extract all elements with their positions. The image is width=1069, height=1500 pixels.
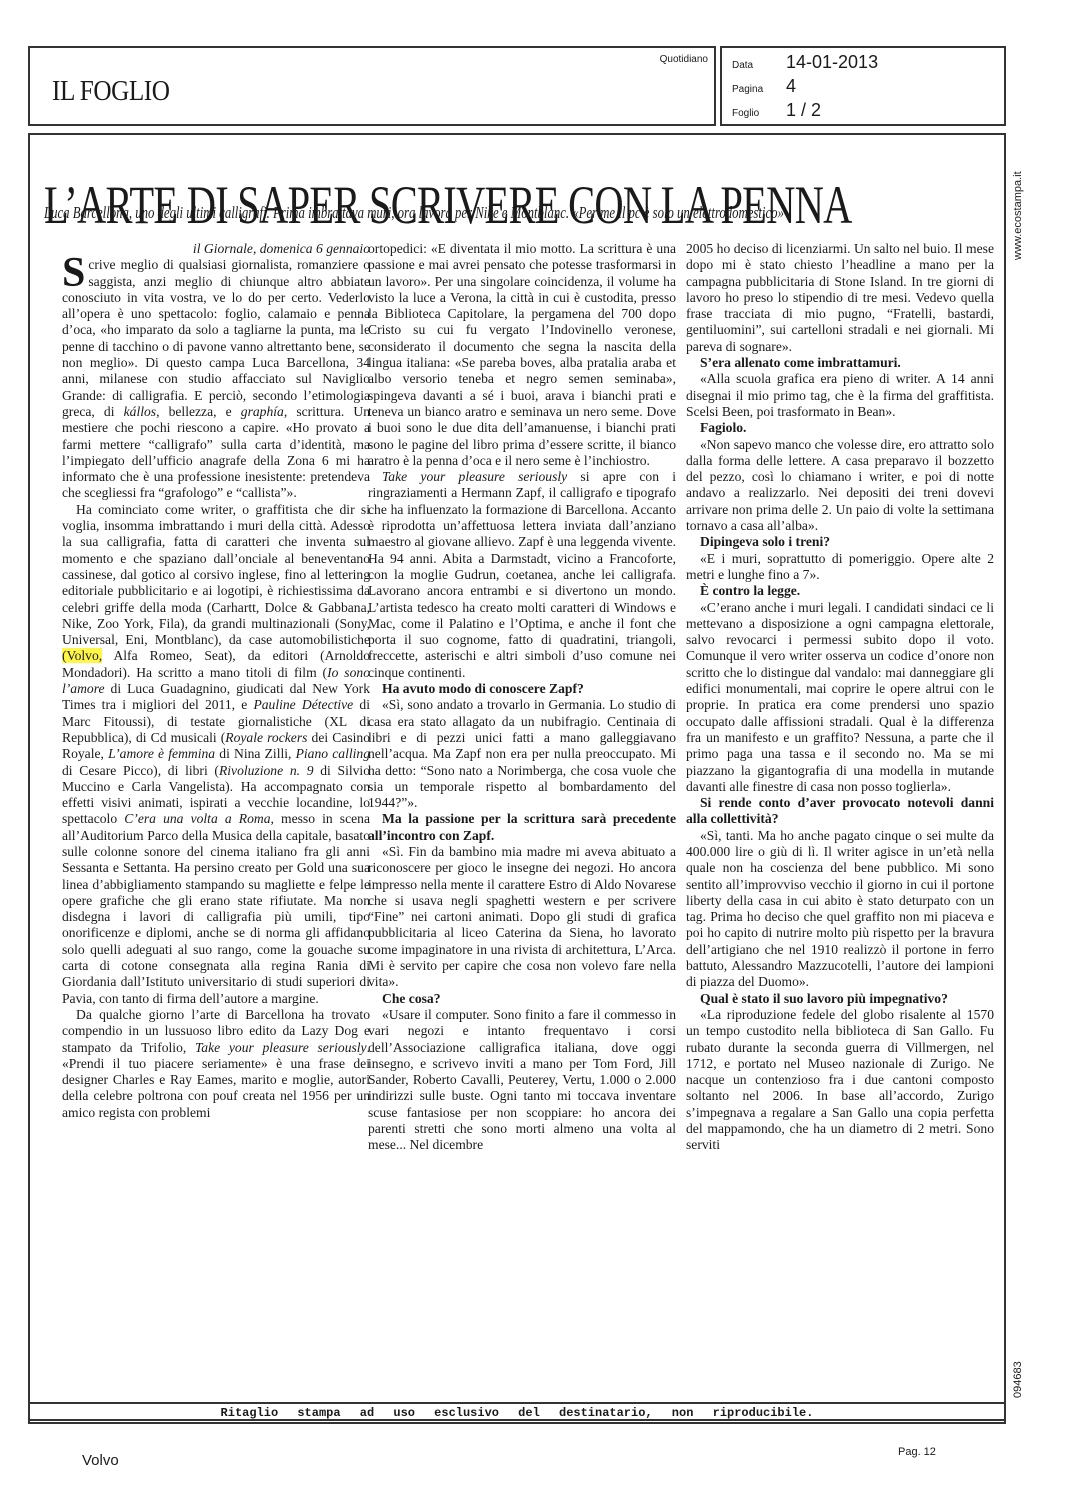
copyright-notice: Ritaglio stampa ad uso esclusivo del des… xyxy=(28,1402,1006,1424)
publication-type: Quotidiano xyxy=(660,54,708,65)
paragraph: Ha cominciato come writer, o graffitista… xyxy=(62,502,370,1007)
source-line: il Giornale, domenica 6 gennaio xyxy=(62,241,370,257)
vertical-url-label: www.ecostampa.it xyxy=(1012,171,1024,260)
interview-answer: «Alla scuola grafica era pieno di writer… xyxy=(686,371,994,420)
paragraph: Scrive meglio di qualsiasi giornalista, … xyxy=(62,257,370,501)
interview-question: Si rende conto d’aver provocato notevoli… xyxy=(686,795,994,828)
meta-label: Data xyxy=(732,60,786,71)
interview-answer: «Sì, sono andato a trovarlo in Germania.… xyxy=(368,697,676,811)
article-deck: Luca Barcellona, uno degli ultimi callig… xyxy=(44,203,989,223)
header-meta-box: Data 14-01-2013 Pagina 4 Foglio 1 / 2 xyxy=(720,46,1006,126)
interview-question: Ma la passione per la scrittura sarà pre… xyxy=(368,811,676,844)
paragraph: 2005 ho deciso di licenziarmi. Un salto … xyxy=(686,241,994,355)
meta-sheet: Foglio 1 / 2 xyxy=(732,100,821,121)
interview-question: Ha avuto modo di conoscere Zapf? xyxy=(368,681,676,697)
interview-question: Che cosa? xyxy=(368,991,676,1007)
interview-question: Fagiolo. xyxy=(686,420,994,436)
highlighted-keyword: (Volvo, xyxy=(62,648,102,663)
header-masthead-box: IL FOGLIO Quotidiano xyxy=(28,46,716,126)
article-frame: L’ARTE DI SAPER SCRIVERE CON LA PENNA Lu… xyxy=(28,133,1006,1421)
drop-cap: S xyxy=(62,257,88,289)
meta-page: Pagina 4 xyxy=(732,76,796,97)
paragraph: ortopedici: «E diventata il mio motto. L… xyxy=(368,241,676,469)
interview-answer: «La riproduzione fedele del globo risale… xyxy=(686,1007,994,1154)
paragraph: Da qualche giorno l’arte di Barcellona h… xyxy=(62,1007,370,1121)
interview-answer: «Non sapevo manco che volesse dire, ero … xyxy=(686,437,994,535)
article-column-3: 2005 ho deciso di licenziarmi. Un salto … xyxy=(686,241,994,1154)
masthead-title: IL FOGLIO xyxy=(52,76,170,108)
interview-question: È contro la legge. xyxy=(686,583,994,599)
footer-page-number: Pag. 12 xyxy=(898,1446,936,1458)
article-column-2: ortopedici: «E diventata il mio motto. L… xyxy=(368,241,676,1154)
meta-value: 1 / 2 xyxy=(786,100,821,121)
paragraph: Take your pleasure seriously si apre con… xyxy=(368,469,676,681)
vertical-code-label: 094683 xyxy=(1012,1361,1024,1398)
interview-question: Dipingeva solo i treni? xyxy=(686,534,994,550)
article-column-1: il Giornale, domenica 6 gennaio Scrive m… xyxy=(62,241,370,1121)
meta-value: 14-01-2013 xyxy=(786,52,878,73)
interview-answer: «E i muri, soprattutto di pomeriggio. Op… xyxy=(686,551,994,584)
interview-answer: «Sì. Fin da bambino mia madre mi aveva a… xyxy=(368,844,676,991)
interview-question: S’era allenato come imbrattamuri. xyxy=(686,355,994,371)
interview-answer: «Usare il computer. Sono finito a fare i… xyxy=(368,1007,676,1154)
interview-answer: «Sì, tanti. Ma ho anche pagato cinque o … xyxy=(686,828,994,991)
meta-label: Foglio xyxy=(732,108,786,119)
meta-date: Data 14-01-2013 xyxy=(732,52,878,73)
meta-value: 4 xyxy=(786,76,796,97)
meta-label: Pagina xyxy=(732,84,786,95)
footer-keyword: Volvo xyxy=(82,1452,119,1469)
interview-answer: «C’erano anche i muri legali. I candidat… xyxy=(686,600,994,796)
interview-question: Qual è stato il suo lavoro più impegnati… xyxy=(686,991,994,1007)
